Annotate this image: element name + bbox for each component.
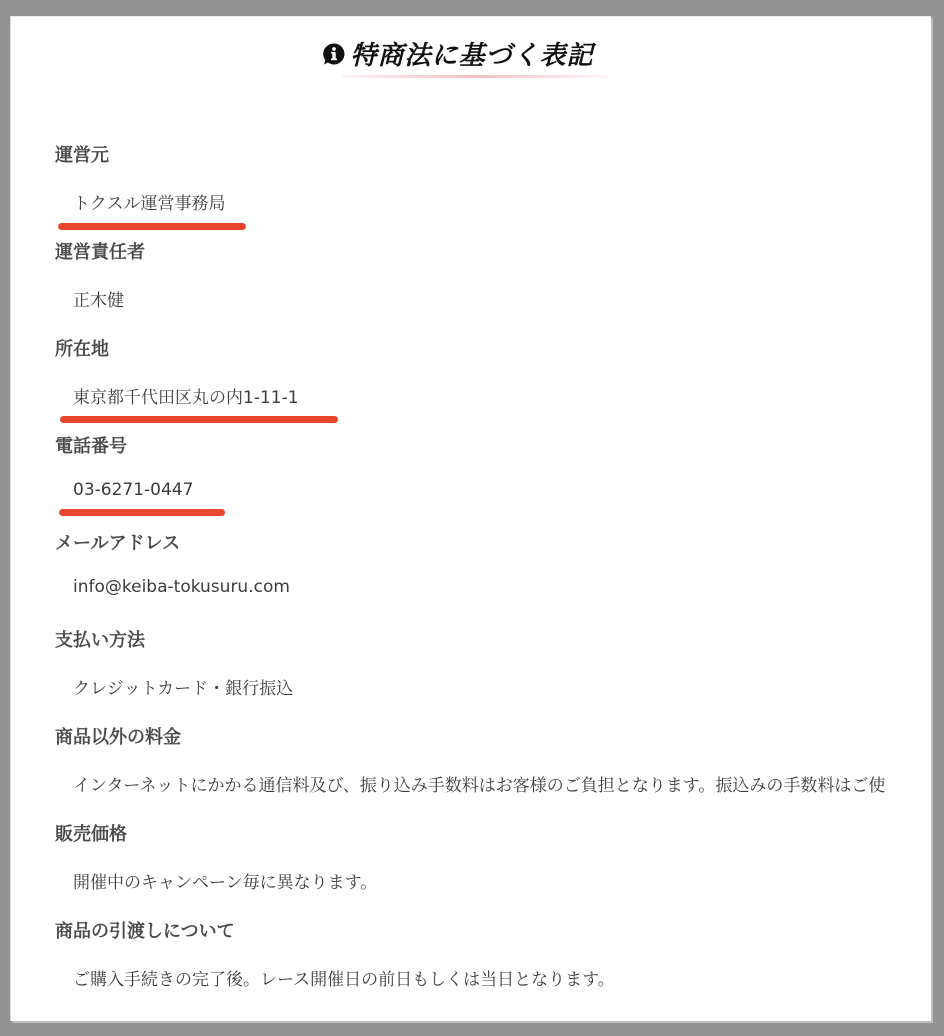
item-label: 運営元 [55, 141, 109, 167]
highlight-underline [58, 223, 246, 230]
item-label: メールアドレス [55, 529, 180, 555]
info-item-price: 販売価格 開催中のキャンペーン毎に異なります。 [55, 820, 931, 917]
item-label: 販売価格 [55, 820, 127, 846]
page-header: 特商法に基づく表記 [11, 35, 931, 78]
info-item-phone: 電話番号 03-6271-0447 [55, 432, 931, 529]
info-item-address: 所在地 東京都千代田区丸の内1-11-1 [55, 335, 931, 432]
info-item-operator: 運営元 トクスル運営事務局 [55, 141, 931, 238]
item-value: インターネットにかかる通信料及び、振り込み手数料はお客様のご負担となります。振込… [73, 771, 885, 796]
info-item-delivery: 商品の引渡しについて ご購入手続きの完了後。レース開催日の前日もしくは当日となり… [55, 917, 931, 1014]
item-value: トクスル運営事務局 [73, 189, 226, 214]
item-label: 商品以外の料金 [55, 723, 181, 749]
highlight-underline [60, 416, 338, 423]
item-label: 運営責任者 [55, 238, 145, 264]
item-value: クレジットカード・銀行振込 [73, 674, 293, 699]
info-item-extra-fees: 商品以外の料金 インターネットにかかる通信料及び、振り込み手数料はお客様のご負担… [55, 723, 931, 820]
page-title-text: 特商法に基づく表記 [350, 35, 593, 72]
info-item-payment: 支払い方法 クレジットカード・銀行振込 [55, 626, 931, 723]
info-icon [322, 42, 346, 66]
item-value: 正木健 [73, 286, 124, 311]
item-value: 東京都千代田区丸の内1-11-1 [73, 383, 299, 408]
highlight-underline [59, 509, 225, 516]
info-item-manager: 運営責任者 正木健 [55, 238, 931, 335]
page-title: 特商法に基づく表記 [322, 35, 607, 78]
item-label: 所在地 [55, 335, 109, 361]
legal-notice-panel: 特商法に基づく表記 運営元 トクスル運営事務局 運営責任者 正木健 所在地 東京… [10, 16, 931, 1021]
item-value: 開催中のキャンペーン毎に異なります。 [73, 868, 377, 893]
item-label: 支払い方法 [55, 626, 145, 652]
info-item-email: メールアドレス info@keiba-tokusuru.com [55, 529, 931, 626]
item-value: info@keiba-tokusuru.com [73, 577, 290, 597]
item-label: 商品の引渡しについて [55, 917, 235, 943]
item-label: 電話番号 [55, 432, 127, 458]
item-value: ご購入手続きの完了後。レース開催日の前日もしくは当日となります。 [73, 965, 615, 990]
legal-info-list: 運営元 トクスル運営事務局 運営責任者 正木健 所在地 東京都千代田区丸の内1-… [55, 141, 931, 1014]
item-value: 03-6271-0447 [73, 480, 193, 500]
